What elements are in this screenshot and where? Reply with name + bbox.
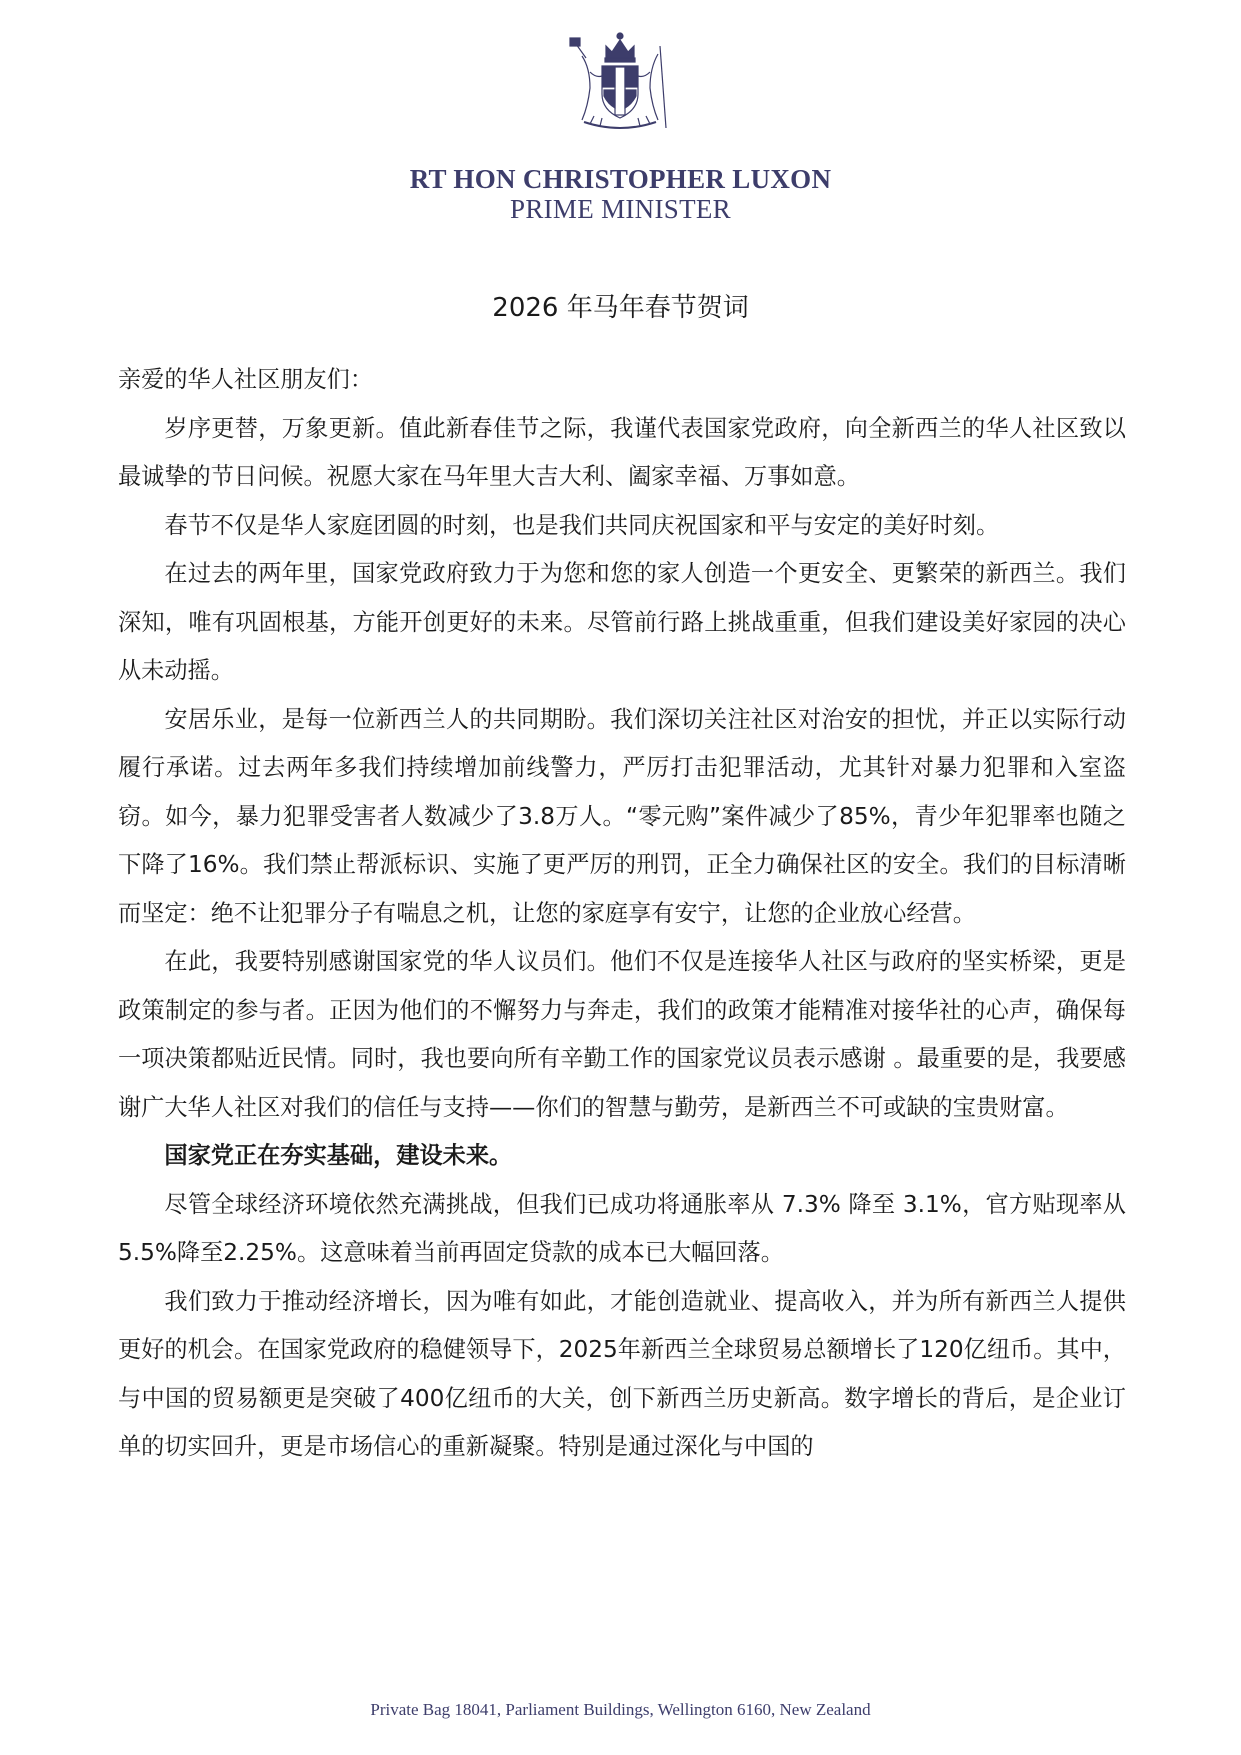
letter-body: 亲爱的华人社区朋友们： 岁序更替，万象更新。值此新春佳节之际，我谨代表国家党政府… bbox=[118, 356, 1126, 1472]
salutation: 亲爱的华人社区朋友们： bbox=[118, 356, 1126, 405]
paragraph-past-two-years: 在过去的两年里，国家党政府致力于为您和您的家人创造一个更安全、更繁荣的新西兰。我… bbox=[118, 550, 1126, 696]
document-title: 2026 年马年春节贺词 bbox=[0, 287, 1241, 324]
section-heading-foundation: 国家党正在夯实基础，建设未来。 bbox=[118, 1132, 1126, 1181]
paragraph-thanks: 在此，我要特别感谢国家党的华人议员们。他们不仅是连接华人社区与政府的坚实桥梁，更… bbox=[118, 938, 1126, 1132]
letterhead-title: PRIME MINISTER bbox=[0, 194, 1241, 225]
paragraph-economy: 我们致力于推动经济增长，因为唯有如此，才能创造就业、提高收入，并为所有新西兰人提… bbox=[118, 1278, 1126, 1472]
coat-of-arms-icon bbox=[560, 28, 680, 134]
paragraph-safety: 安居乐业，是每一位新西兰人的共同期盼。我们深切关注社区对治安的担忧，并正以实际行… bbox=[118, 696, 1126, 939]
paragraph-spring-festival: 春节不仅是华人家庭团圆的时刻，也是我们共同庆祝国家和平与安定的美好时刻。 bbox=[118, 502, 1126, 551]
paragraph-greeting: 岁序更替，万象更新。值此新春佳节之际，我谨代表国家党政府，向全新西兰的华人社区致… bbox=[118, 405, 1126, 502]
letterhead-name: RT HON CHRISTOPHER LUXON bbox=[0, 164, 1241, 195]
paragraph-inflation: 尽管全球经济环境依然充满挑战，但我们已成功将通胀率从 7.3% 降至 3.1%，… bbox=[118, 1181, 1126, 1278]
footer-address: Private Bag 18041, Parliament Buildings,… bbox=[0, 1700, 1241, 1720]
